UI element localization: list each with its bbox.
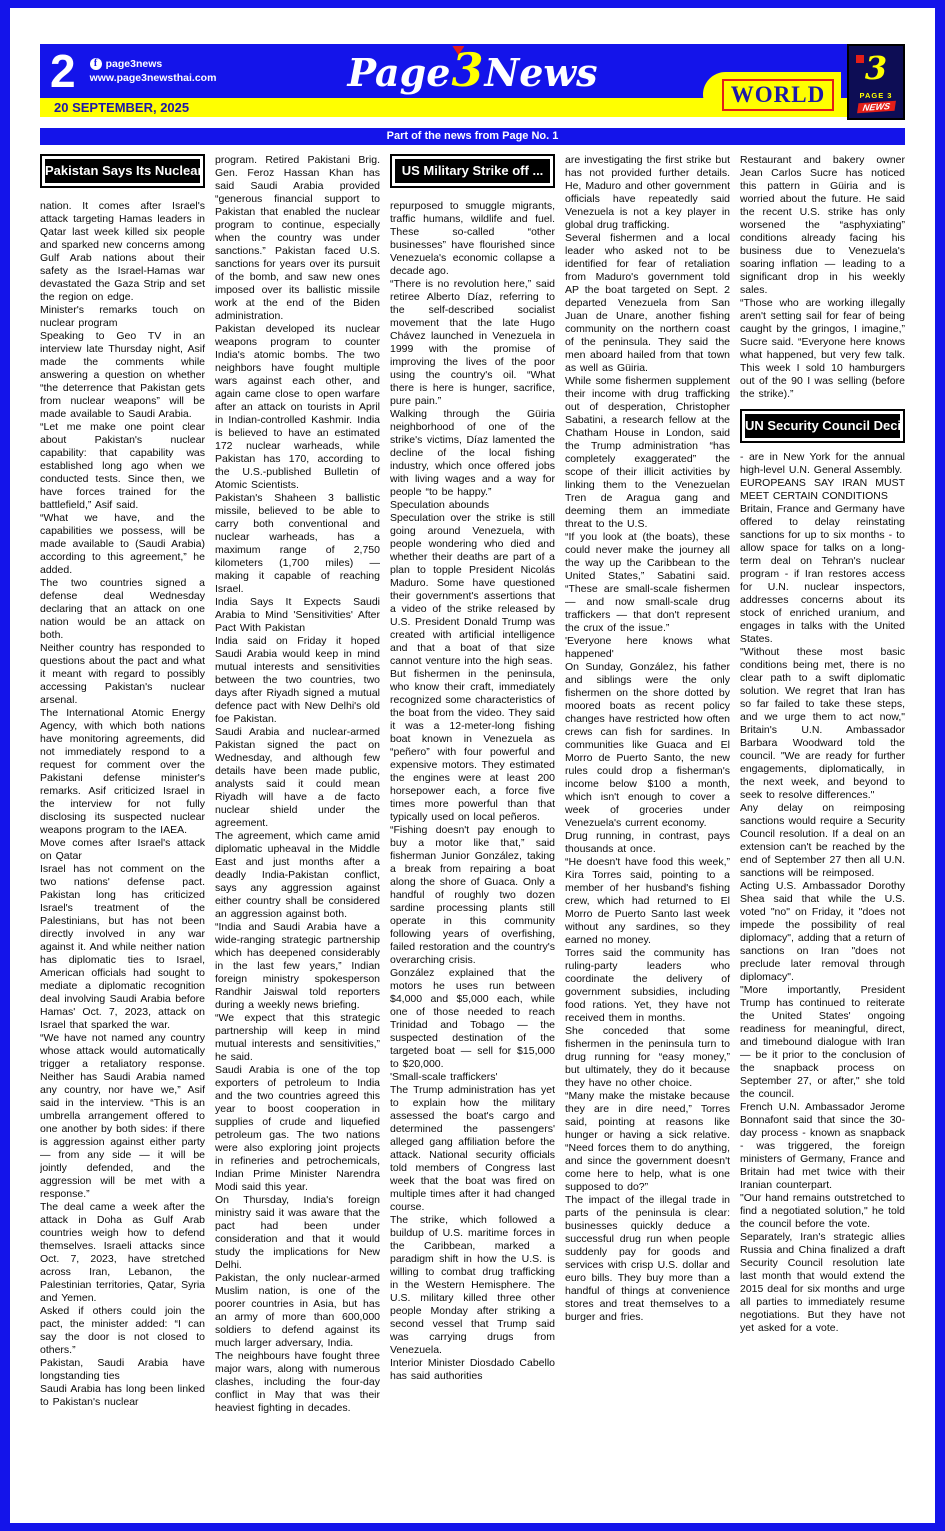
article-paragraph: Pakistan, Saudi Arabia have longstanding… [40, 1357, 205, 1383]
article-paragraph: González explained that the motors he us… [390, 967, 555, 1071]
article-paragraph: - are in New York for the annual high-le… [740, 451, 905, 477]
article-paragraph: Speculation over the strike is still goi… [390, 512, 555, 668]
article-paragraph: Saudi Arabia and nuclear-armed Pakistan … [215, 726, 380, 830]
article-paragraph: “Those who are working illegally aren't … [740, 297, 905, 401]
social-handle: page3news [106, 57, 163, 71]
article-paragraph: On Thursday, India's foreign ministry sa… [215, 1194, 380, 1272]
article-paragraph: program. Retired Pakistani Brig. Gen. Fe… [215, 154, 380, 323]
page-inner: 2 f page3news www.page3newsthai.com Page… [10, 8, 935, 1523]
article-paragraph: India said on Friday it hoped Saudi Arab… [215, 635, 380, 726]
article-paragraph: India Says It Expects Saudi Arabia to Mi… [215, 596, 380, 635]
article-paragraph: EUROPEANS SAY IRAN MUST MEET CERTAIN CON… [740, 477, 905, 503]
news-column-4: are investigating the first strike but h… [565, 154, 730, 1523]
article-paragraph: “We have not named any country whose att… [40, 1032, 205, 1201]
news-column-1: Pakistan Says Its Nuclear ...nation. It … [40, 154, 205, 1523]
article-paragraph: Pakistan's Shaheen 3 ballistic missile, … [215, 492, 380, 596]
article-paragraph: Pakistan developed its nuclear weapons p… [215, 323, 380, 492]
article-paragraph: 'Everyone here knows what happened' [565, 635, 730, 661]
facebook-icon: f [90, 58, 102, 70]
section-label: WORLD [722, 79, 834, 111]
masthead: 2 f page3news www.page3newsthai.com Page… [40, 44, 905, 117]
article-paragraph: Pakistan, the only nuclear-armed Muslim … [215, 1272, 380, 1350]
article-paragraph: Torres said the community has ruling-par… [565, 947, 730, 1025]
logo-news-label: NEWS [857, 100, 896, 113]
article-paragraph: “Fishing doesn't pay enough to buy a mot… [390, 824, 555, 967]
article-paragraph: Interior Minister Diosdado Cabello has s… [390, 1357, 555, 1383]
article-paragraph: The strike, which followed a buildup of … [390, 1214, 555, 1357]
article-paragraph: repurposed to smuggle migrants, traffic … [390, 200, 555, 278]
article-headline: US Military Strike off ... [390, 154, 555, 188]
article-paragraph: "Our hand remains outstretched to find a… [740, 1192, 905, 1231]
article-paragraph: While some fishermen supplement their in… [565, 375, 730, 531]
article-paragraph: Britain, France and Germany have offered… [740, 503, 905, 646]
article-paragraph: 'Small-scale traffickers' [390, 1071, 555, 1084]
article-paragraph: Speculation abounds [390, 499, 555, 512]
article-paragraph: The impact of the illegal trade in parts… [565, 1194, 730, 1324]
article-paragraph: nation. It comes after Israel's attack t… [40, 200, 205, 304]
social-block: f page3news www.page3newsthai.com [90, 57, 217, 85]
masthead-title: Page3News [348, 46, 598, 97]
article-paragraph: Acting U.S. Ambassador Dorothy Shea said… [740, 880, 905, 984]
article-paragraph: She conceded that some fishermen in the … [565, 1025, 730, 1090]
article-paragraph: “India and Saudi Arabia have a wide-rang… [215, 921, 380, 1012]
subheader-text: Part of the news from Page No. 1 [387, 130, 559, 142]
article-paragraph: On Sunday, González, his father and sibl… [565, 661, 730, 830]
article-paragraph: Minister's remarks touch on nuclear prog… [40, 304, 205, 330]
article-paragraph: Asked if others could join the pact, the… [40, 1305, 205, 1357]
article-paragraph: Neither country has responded to questio… [40, 642, 205, 707]
section-band: WORLD [703, 72, 841, 117]
page3-logo: 3 PAGE 3 NEWS [847, 44, 905, 120]
subheader-strip: Part of the news from Page No. 1 [40, 128, 905, 145]
article-paragraph: “He doesn't have food this week,” Kira T… [565, 856, 730, 947]
article-paragraph: Saudi Arabia has long been linked to Pak… [40, 1383, 205, 1409]
article-paragraph: Walking through the Güiria neighborhood … [390, 408, 555, 499]
news-columns: Pakistan Says Its Nuclear ...nation. It … [40, 154, 905, 1523]
logo-red-square-icon [856, 55, 864, 63]
article-paragraph: Separately, Iran's strategic allies Russ… [740, 1231, 905, 1335]
article-paragraph: are investigating the first strike but h… [565, 154, 730, 232]
article-paragraph: "More importantly, President Trump has c… [740, 984, 905, 1101]
article-paragraph: Several fishermen and a local leader who… [565, 232, 730, 375]
article-paragraph: The International Atomic Energy Agency, … [40, 707, 205, 837]
article-paragraph: The neighbours have fought three major w… [215, 1350, 380, 1415]
article-paragraph: “Let me make one point clear about Pakis… [40, 421, 205, 512]
article-paragraph: But fishermen in the peninsula, who know… [390, 668, 555, 824]
article-paragraph: Move comes after Israel's attack on Qata… [40, 837, 205, 863]
article-paragraph: “Many make the mistake because they are … [565, 1090, 730, 1194]
article-paragraph: Any delay on reimposing sanctions would … [740, 802, 905, 880]
article-paragraph: Drug running, in contrast, pays thousand… [565, 830, 730, 856]
article-paragraph: Speaking to Geo TV in an interview late … [40, 330, 205, 421]
article-paragraph: French U.N. Ambassador Jerome Bonnafont … [740, 1101, 905, 1192]
page-number: 2 [50, 48, 76, 94]
article-paragraph: Saudi Arabia is one of the top exporters… [215, 1064, 380, 1194]
article-paragraph: “We expect that this strategic partnersh… [215, 1012, 380, 1064]
title-part-news: News [484, 50, 597, 95]
article-paragraph: The Trump administration has yet to expl… [390, 1084, 555, 1214]
article-paragraph: “There is no revolution here,” said reti… [390, 278, 555, 408]
news-column-5: Restaurant and bakery owner Jean Carlos … [740, 154, 905, 1523]
website-url: www.page3newsthai.com [90, 71, 217, 85]
news-column-2: program. Retired Pakistani Brig. Gen. Fe… [215, 154, 380, 1523]
article-paragraph: “What we have, and the capabilities we p… [40, 512, 205, 577]
article-paragraph: The two countries signed a defense deal … [40, 577, 205, 642]
title-part-page: Page [348, 50, 451, 95]
article-headline: Pakistan Says Its Nuclear ... [40, 154, 205, 188]
date-text: 20 SEPTEMBER, 2025 [54, 100, 189, 115]
news-column-3: US Military Strike off ...repurposed to … [390, 154, 555, 1523]
article-paragraph: The agreement, which came amid diplomati… [215, 830, 380, 921]
logo-page-label: PAGE 3 [860, 91, 893, 100]
article-paragraph: Restaurant and bakery owner Jean Carlos … [740, 154, 905, 297]
article-paragraph: Israel has not comment on the two nation… [40, 863, 205, 1032]
logo-numeral: 3 [865, 49, 887, 87]
article-paragraph: The deal came a week after the attack in… [40, 1201, 205, 1305]
article-headline: UN Security Council Decides ... [740, 409, 905, 443]
article-paragraph: “If you look at (the boats), these could… [565, 531, 730, 635]
newspaper-page: 2 f page3news www.page3newsthai.com Page… [0, 0, 945, 1531]
article-paragraph: "Without these most basic conditions bei… [740, 646, 905, 802]
